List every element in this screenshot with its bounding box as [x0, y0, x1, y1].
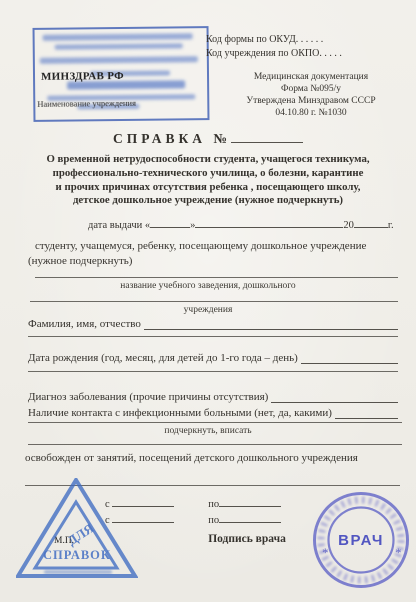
to-label: по	[208, 515, 219, 526]
form-number-line: Форма №095/у	[216, 83, 406, 95]
form-codes: Код формы по ОКУД. . . . . . Код учрежде…	[206, 33, 342, 61]
year-blank	[354, 217, 388, 228]
blurred-text-line	[55, 43, 183, 49]
full-name-label: Фамилия, имя, отчество	[28, 318, 141, 330]
to-label: по	[208, 499, 219, 510]
certificate-form-095u: МИНЗДРАВ РФ Наименование учреждения Код …	[0, 0, 416, 602]
century-prefix: 20	[343, 220, 354, 231]
diagnosis-blank	[271, 390, 398, 403]
round-stamp-star-right: *	[395, 545, 402, 560]
okpo-code-line: Код учреждения по ОКПО. . . . .	[206, 47, 342, 61]
intro-line: профессионально-технического училища, о …	[0, 167, 416, 181]
blank-line	[28, 422, 402, 423]
blurred-text-line	[44, 570, 112, 574]
blurred-text-line	[40, 56, 198, 64]
school-name-caption-2: учреждения	[0, 305, 416, 315]
doctor-signature-label: Подпись врача	[177, 533, 317, 545]
birth-date-blank	[301, 351, 398, 364]
released-statement: освобожден от занятий, посещений детског…	[25, 452, 358, 464]
addressee-line-2: (нужное подчеркнуть)	[28, 255, 132, 267]
infection-contact-field: Наличие контакта с инфекционными больным…	[28, 406, 398, 419]
doc-approval-block: Медицинская документация Форма №095/у Ут…	[216, 71, 406, 119]
year-suffix: г.	[388, 220, 394, 231]
intro-paragraph: О временной нетрудоспособности студента,…	[0, 153, 416, 208]
ministry-label: МИНЗДРАВ РФ	[41, 70, 124, 83]
month-blank	[195, 217, 343, 228]
certificate-number-blank	[231, 129, 303, 143]
to-blank	[219, 496, 281, 507]
full-name-blank	[144, 317, 398, 330]
triangle-stamp-text-top: ДЛЯ	[65, 520, 97, 548]
full-name-field: Фамилия, имя, отчество	[28, 317, 398, 330]
approval-date-line: 04.10.80 г. №1030	[216, 107, 406, 119]
infection-contact-blank	[335, 406, 398, 419]
blank-line	[30, 301, 398, 302]
diagnosis-field: Диагноз заболевания (прочие причины отсу…	[28, 390, 398, 403]
intro-line: детское дошкольное учреждение (нужное по…	[0, 194, 416, 208]
school-name-caption-1: название учебного заведения, дошкольного	[0, 281, 416, 291]
triangle-stamp: ДЛЯ СПРАВОК	[16, 478, 138, 580]
intro-line: О временной нетрудоспособности студента,…	[0, 153, 416, 167]
birth-date-field: Дата рождения (год, месяц, для детей до …	[28, 351, 398, 364]
institution-stamp-box: МИНЗДРАВ РФ Наименование учреждения	[33, 26, 210, 122]
round-doctor-stamp: ВРАЧ * *	[311, 490, 411, 590]
round-stamp-center-text: ВРАЧ	[338, 532, 384, 549]
blank-line	[28, 371, 398, 372]
approved-by-line: Утверждена Минздравом СССР	[216, 95, 406, 107]
birth-date-label: Дата рождения (год, месяц, для детей до …	[28, 352, 298, 364]
addressee-line-1: студенту, учащемуся, ребенку, посещающем…	[35, 240, 366, 252]
diagnosis-label: Диагноз заболевания (прочие причины отсу…	[28, 391, 268, 403]
day-blank	[150, 217, 190, 228]
form-title: СПРАВКА №	[0, 129, 416, 147]
doc-type-line: Медицинская документация	[216, 71, 406, 83]
form-title-label: СПРАВКА №	[113, 131, 231, 146]
underline-note-caption: подчеркнуть, вписать	[0, 426, 416, 436]
issue-date-line: дата выдачи «»20г.	[88, 217, 394, 231]
blank-line	[28, 444, 402, 445]
blank-line	[35, 277, 398, 278]
blank-line	[28, 336, 398, 337]
triangle-stamp-text-bottom: СПРАВОК	[43, 548, 111, 562]
okud-code-line: Код формы по ОКУД. . . . . .	[206, 33, 342, 47]
intro-line: и прочих причинах отсутствия ребенка , п…	[0, 181, 416, 195]
infection-contact-label: Наличие контакта с инфекционными больным…	[28, 407, 332, 419]
institution-name-caption: Наименование учреждения	[37, 98, 136, 109]
blurred-text-line	[43, 33, 193, 41]
to-blank	[219, 512, 281, 523]
round-stamp-star-left: *	[322, 545, 329, 560]
issue-date-label: дата выдачи	[88, 220, 142, 231]
